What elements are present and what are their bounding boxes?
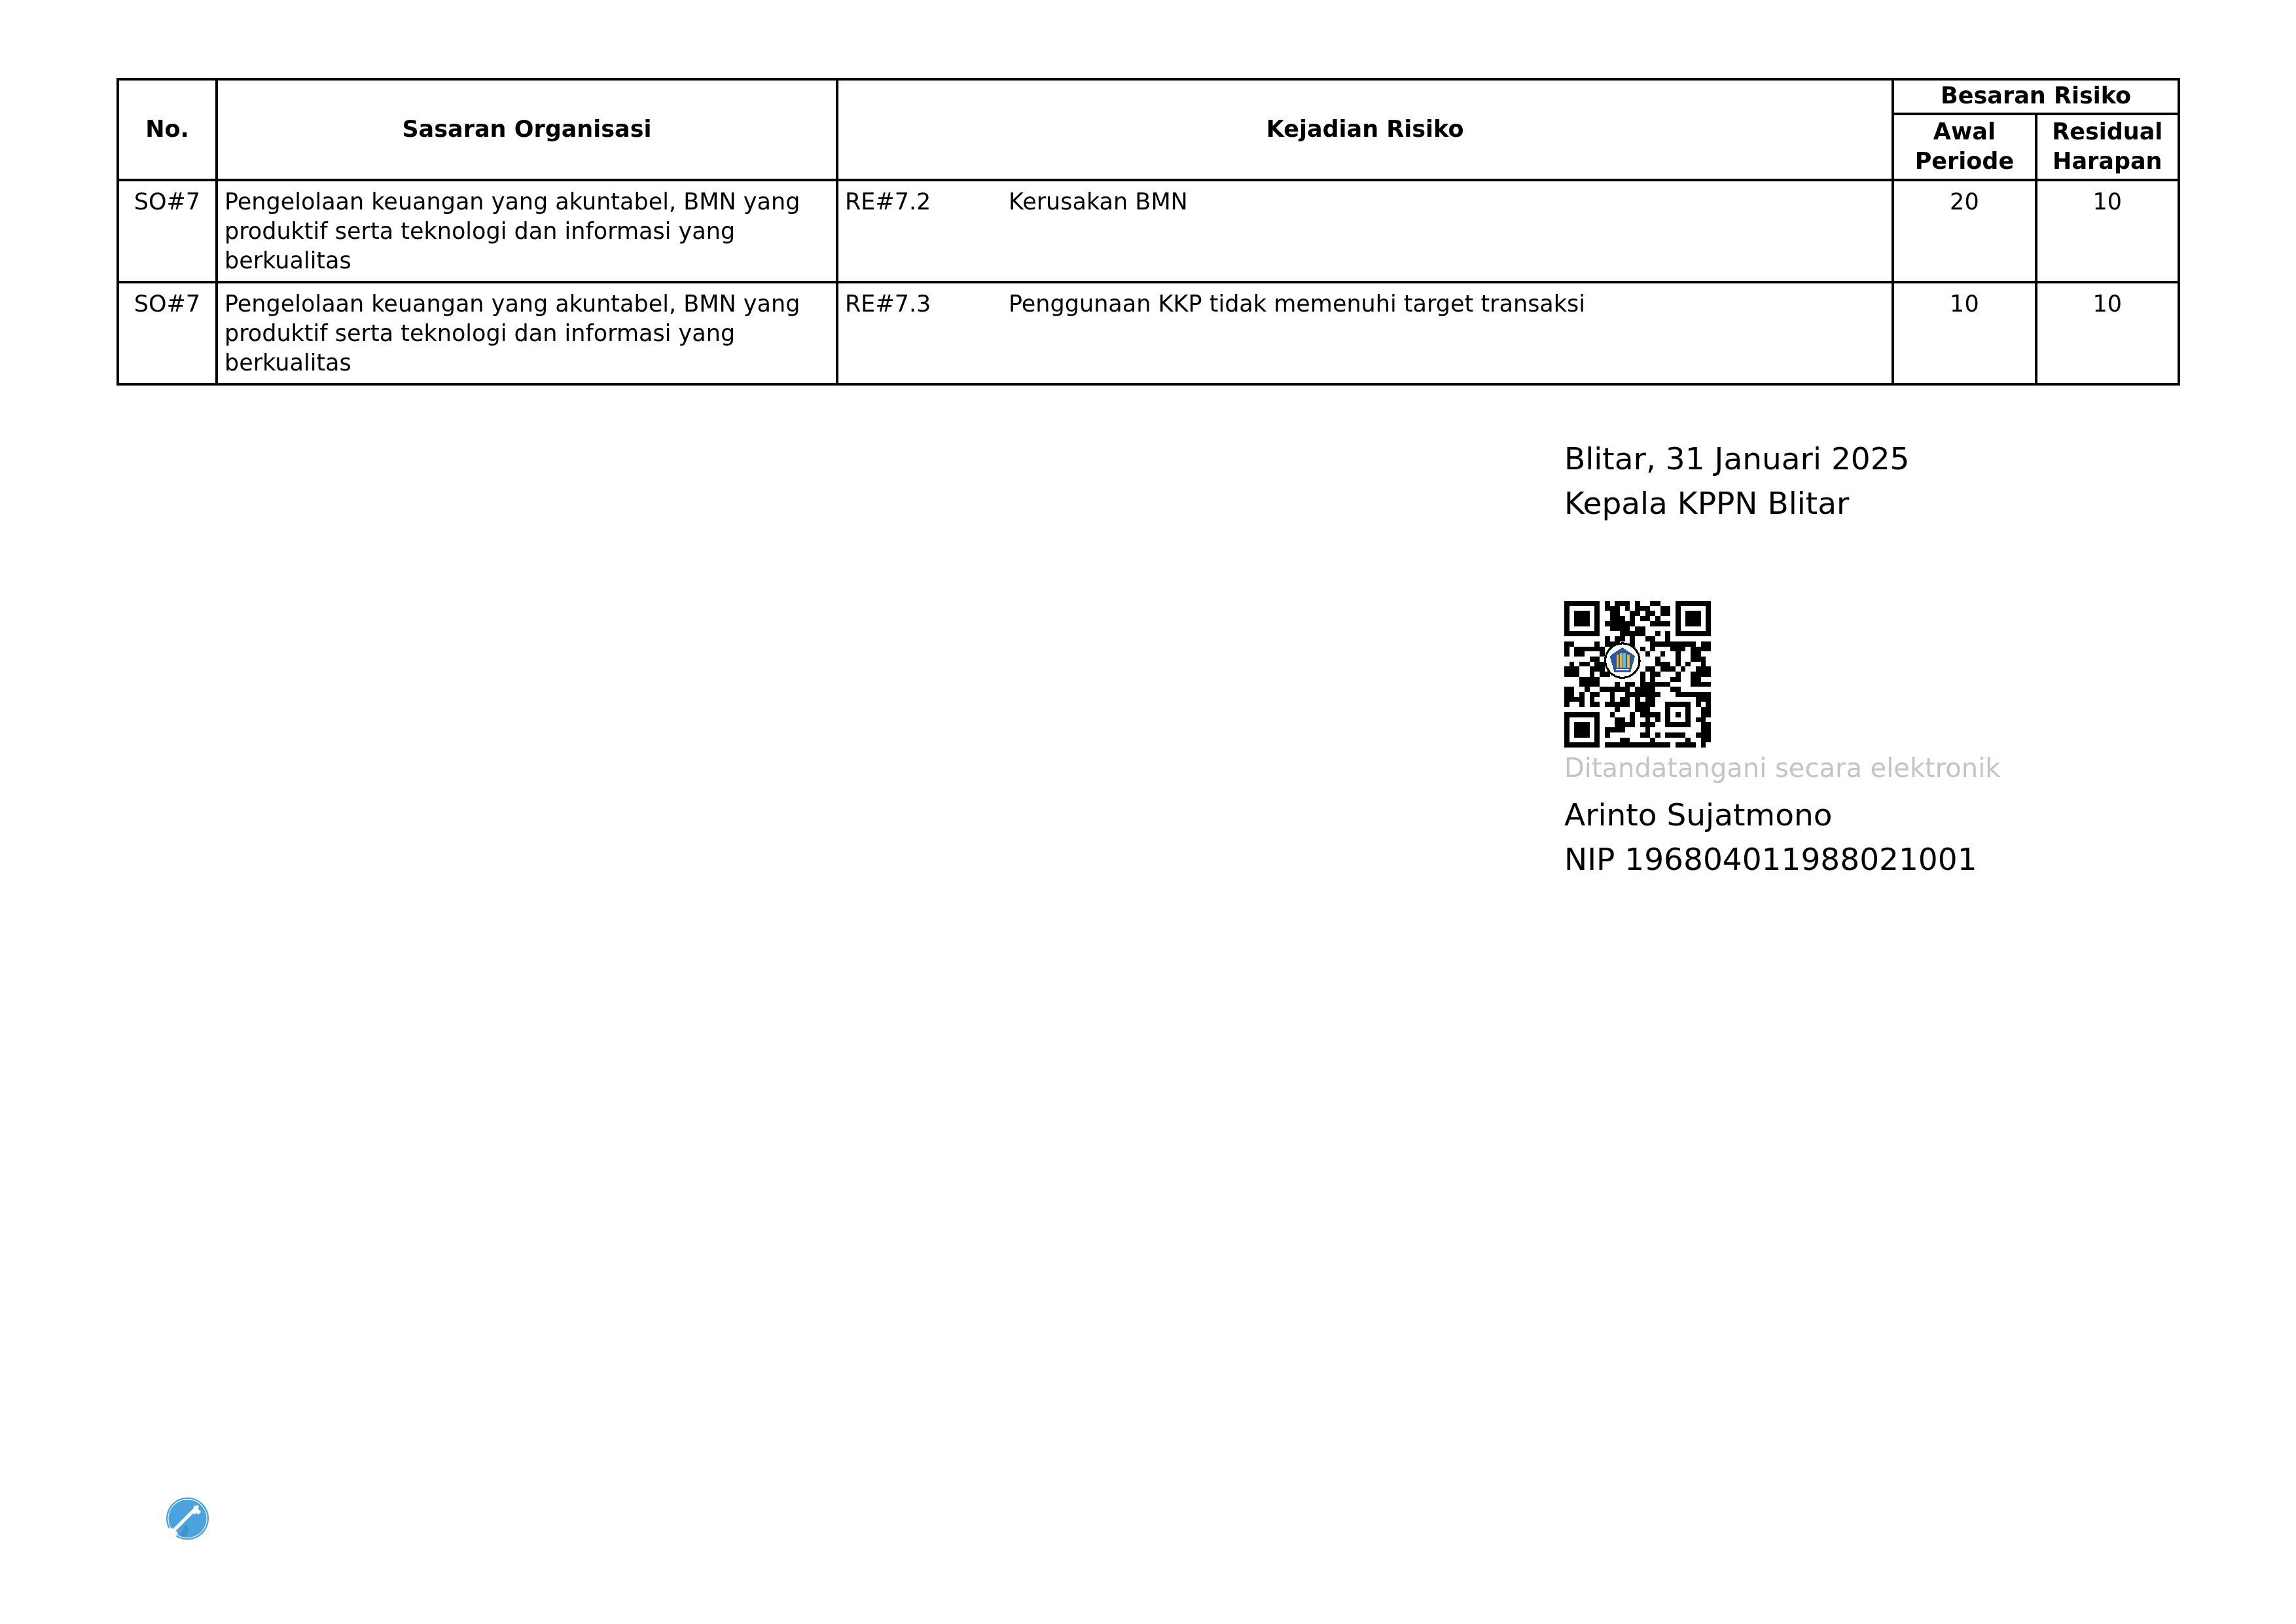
qr-code-icon <box>1564 601 1711 748</box>
header-awal-periode: AwalPeriode <box>1893 114 2036 180</box>
cell-kejadian: RE#7.2Kerusakan BMN <box>837 180 1893 282</box>
table-row: SO#7 Pengelolaan keuangan yang akuntabel… <box>118 180 2179 282</box>
header-no: No. <box>118 79 217 180</box>
cell-awal: 20 <box>1893 180 2036 282</box>
header-kejadian: Kejadian Risiko <box>837 79 1893 180</box>
signer-name: Arinto Sujatmono <box>1564 793 2000 838</box>
cell-residual: 10 <box>2036 180 2179 282</box>
place-date: Blitar, 31 Januari 2025 <box>1564 437 1910 482</box>
risk-table: No. Sasaran Organisasi Kejadian Risiko B… <box>117 78 2180 386</box>
signature-block-bottom: Ditandatangani secara elektronik Arinto … <box>1564 746 2000 882</box>
risk-code: RE#7.3 <box>845 290 1009 319</box>
table-row: SO#7 Pengelolaan keuangan yang akuntabel… <box>118 282 2179 384</box>
signer-nip: NIP 196804011988021001 <box>1564 838 2000 882</box>
cell-residual: 10 <box>2036 282 2179 384</box>
cell-kejadian: RE#7.3Penggunaan KKP tidak memenuhi targ… <box>837 282 1893 384</box>
signer-position: Kepala KPPN Blitar <box>1564 482 1910 526</box>
e-sign-key-icon <box>162 1494 211 1543</box>
risk-description: Kerusakan BMN <box>1009 189 1188 215</box>
signature-block: Blitar, 31 Januari 2025 Kepala KPPN Blit… <box>1564 437 1910 526</box>
header-sasaran: Sasaran Organisasi <box>217 79 837 180</box>
cell-sasaran: Pengelolaan keuangan yang akuntabel, BMN… <box>217 180 837 282</box>
cell-no: SO#7 <box>118 282 217 384</box>
e-sign-note: Ditandatangani secara elektronik <box>1564 746 2000 791</box>
header-residual-harapan: ResidualHarapan <box>2036 114 2179 180</box>
cell-no: SO#7 <box>118 180 217 282</box>
cell-awal: 10 <box>1893 282 2036 384</box>
cell-sasaran: Pengelolaan keuangan yang akuntabel, BMN… <box>217 282 837 384</box>
kemenkeu-logo-icon <box>1604 642 1641 679</box>
risk-description: Penggunaan KKP tidak memenuhi target tra… <box>1009 291 1585 317</box>
risk-code: RE#7.2 <box>845 188 1009 217</box>
header-besaran-risiko: Besaran Risiko <box>1893 79 2179 114</box>
